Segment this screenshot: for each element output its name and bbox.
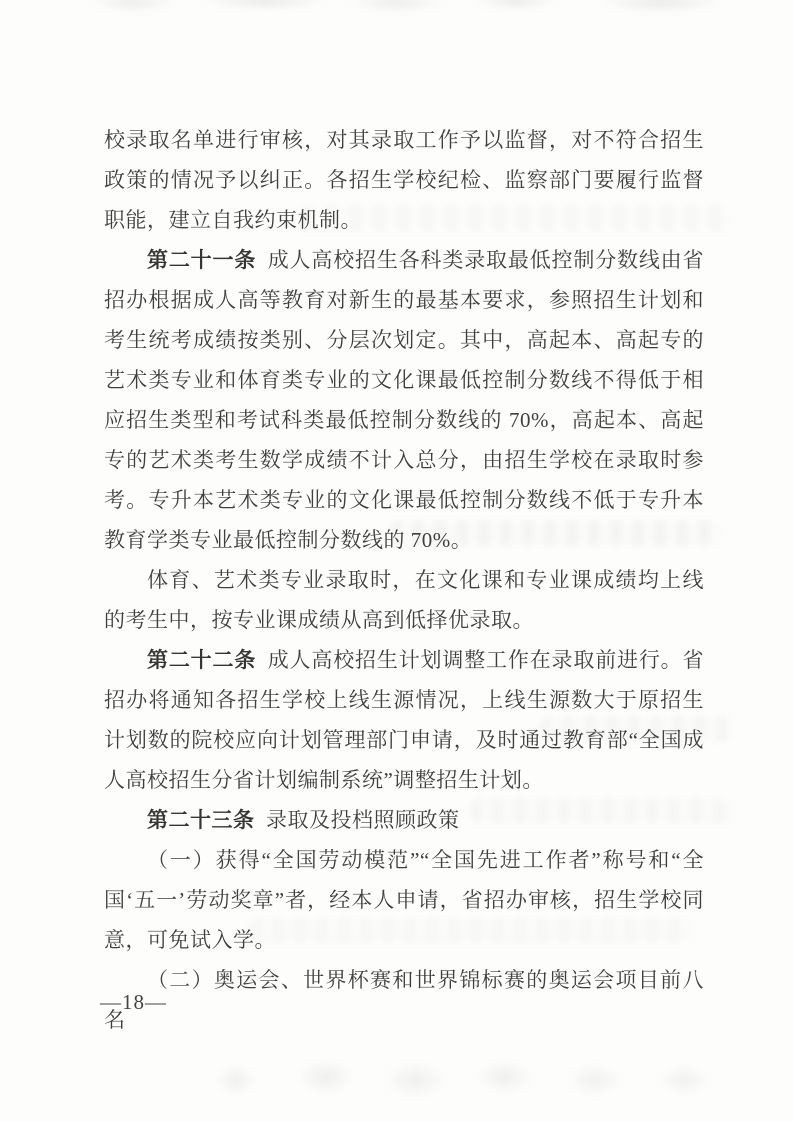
paragraph-text: （一）获得“全国劳动模范”“全国先进工作者”称号和“全国‘五一’劳动奖章”者，经… <box>104 848 704 952</box>
paragraph-sports-arts: 体育、艺术类专业录取时，在文化课和专业课成绩均上线的考生中，按专业课成绩从高到低… <box>104 560 704 640</box>
paragraph-item-1: （一）获得“全国劳动模范”“全国先进工作者”称号和“全国‘五一’劳动奖章”者，经… <box>104 840 704 960</box>
paragraph-item-2: （二）奥运会、世界杯赛和世界锦标赛的奥运会项目前八名 <box>104 960 704 1040</box>
paragraph-article-22: 第二十二条成人高校招生计划调整工作在录取前进行。省招办将通知各招生学校上线生源情… <box>104 640 704 800</box>
document-page: 校录取名单进行审核，对其录取工作予以监督，对不符合招生政策的情况予以纠正。各招生… <box>0 0 794 1122</box>
paragraph-text: 体育、艺术类专业录取时，在文化课和专业课成绩均上线的考生中，按专业课成绩从高到低… <box>104 568 704 632</box>
scan-artifact-top <box>80 0 740 22</box>
article-21-heading: 第二十一条 <box>147 248 256 272</box>
paragraph-article-23: 第二十三条录取及投档照顾政策 <box>104 800 704 840</box>
paragraph-text: （二）奥运会、世界杯赛和世界锦标赛的奥运会项目前八名 <box>104 968 704 1032</box>
paragraph-text: 成人高校招生各科类录取最低控制分数线由省招办根据成人高等教育对新生的最基本要求，… <box>104 248 704 552</box>
scan-artifact-bottom <box>180 1044 740 1104</box>
article-23-heading: 第二十三条 <box>147 808 255 832</box>
article-22-heading: 第二十二条 <box>147 648 256 672</box>
document-body: 校录取名单进行审核，对其录取工作予以监督，对不符合招生政策的情况予以纠正。各招生… <box>104 120 704 1040</box>
paragraph-text: 录取及投档照顾政策 <box>266 808 460 832</box>
paragraph-text: 校录取名单进行审核，对其录取工作予以监督，对不符合招生政策的情况予以纠正。各招生… <box>104 128 704 232</box>
paragraph-article-21: 第二十一条成人高校招生各科类录取最低控制分数线由省招办根据成人高等教育对新生的最… <box>104 240 704 560</box>
page-number: —18— <box>100 990 167 1015</box>
paragraph-continued: 校录取名单进行审核，对其录取工作予以监督，对不符合招生政策的情况予以纠正。各招生… <box>104 120 704 240</box>
